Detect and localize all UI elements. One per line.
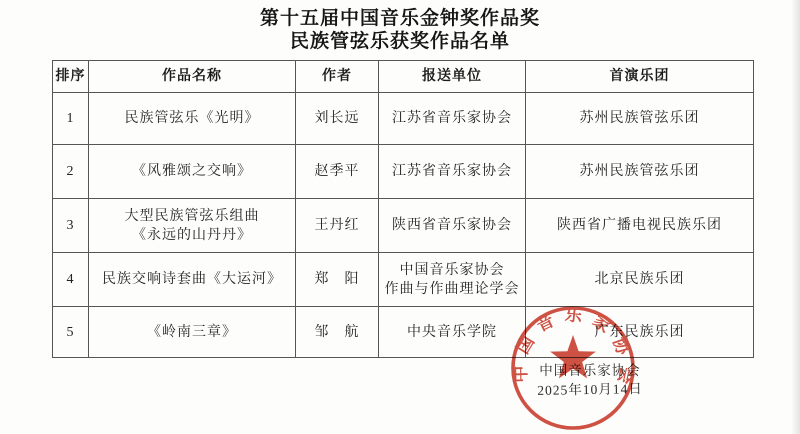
cell-order: 3: [53, 199, 89, 253]
table-row: 2 《风雅颂之交响》 赵季平 江苏省音乐家协会 苏州民族管弦乐团: [53, 145, 754, 199]
cell-author: 赵季平: [296, 145, 379, 199]
cell-work: 《岭南三章》: [89, 307, 296, 358]
col-header-orchestra: 首演乐团: [526, 61, 754, 93]
cell-orchestra: 苏州民族管弦乐团: [526, 145, 754, 199]
table-row: 4 民族交响诗套曲《大运河》 郑 阳 中国音乐家协会 作曲与作曲理论学会 北京民…: [53, 253, 754, 307]
cell-order: 2: [53, 145, 89, 199]
cell-orchestra: 广东民族乐团: [526, 307, 754, 358]
cell-order: 1: [53, 93, 89, 145]
col-header-unit: 报送单位: [379, 61, 526, 93]
document-page: 第十五届中国音乐金钟奖作品奖 民族管弦乐获奖作品名单 排序 作品名称 作者 报送…: [0, 0, 800, 434]
table-row: 5 《岭南三章》 邹 航 中央音乐学院 广东民族乐团: [53, 307, 754, 358]
col-header-work: 作品名称: [89, 61, 296, 93]
cell-author: 郑 阳: [296, 253, 379, 307]
cell-unit: 中国音乐家协会 作曲与作曲理论学会: [379, 253, 526, 307]
awards-table: 排序 作品名称 作者 报送单位 首演乐团 1 民族管弦乐《光明》 刘长远 江苏省…: [52, 60, 754, 358]
title-line-1: 第十五届中国音乐金钟奖作品奖: [0, 7, 800, 30]
scan-edge-shadow: [791, 0, 800, 434]
cell-unit: 江苏省音乐家协会: [379, 93, 526, 145]
col-header-author: 作者: [296, 61, 379, 93]
cell-unit: 江苏省音乐家协会: [379, 145, 526, 199]
cell-unit: 陕西省音乐家协会: [379, 199, 526, 253]
cell-author: 邹 航: [296, 307, 379, 358]
table-row: 3 大型民族管弦乐组曲 《永远的山丹丹》 王丹红 陕西省音乐家协会 陕西省广播电…: [53, 199, 754, 253]
signature-date: 2025年10月14日: [498, 378, 682, 400]
cell-author: 刘长远: [296, 93, 379, 145]
signature-block: 中国音乐家协会 2025年10月14日: [498, 361, 682, 399]
cell-order: 5: [53, 307, 89, 358]
cell-orchestra: 北京民族乐团: [526, 253, 754, 307]
cell-work: 民族交响诗套曲《大运河》: [89, 253, 296, 307]
document-title: 第十五届中国音乐金钟奖作品奖 民族管弦乐获奖作品名单: [0, 7, 800, 53]
cell-work: 民族管弦乐《光明》: [89, 93, 296, 145]
cell-orchestra: 苏州民族管弦乐团: [526, 93, 754, 145]
col-header-order: 排序: [53, 61, 89, 93]
cell-orchestra: 陕西省广播电视民族乐团: [526, 199, 754, 253]
cell-unit: 中央音乐学院: [379, 307, 526, 358]
title-line-2: 民族管弦乐获奖作品名单: [0, 30, 800, 53]
signature-org: 中国音乐家协会: [498, 361, 682, 380]
cell-order: 4: [53, 253, 89, 307]
table-header-row: 排序 作品名称 作者 报送单位 首演乐团: [53, 61, 754, 93]
cell-work: 《风雅颂之交响》: [89, 145, 296, 199]
cell-author: 王丹红: [296, 199, 379, 253]
table-row: 1 民族管弦乐《光明》 刘长远 江苏省音乐家协会 苏州民族管弦乐团: [53, 93, 754, 145]
cell-work: 大型民族管弦乐组曲 《永远的山丹丹》: [89, 199, 296, 253]
